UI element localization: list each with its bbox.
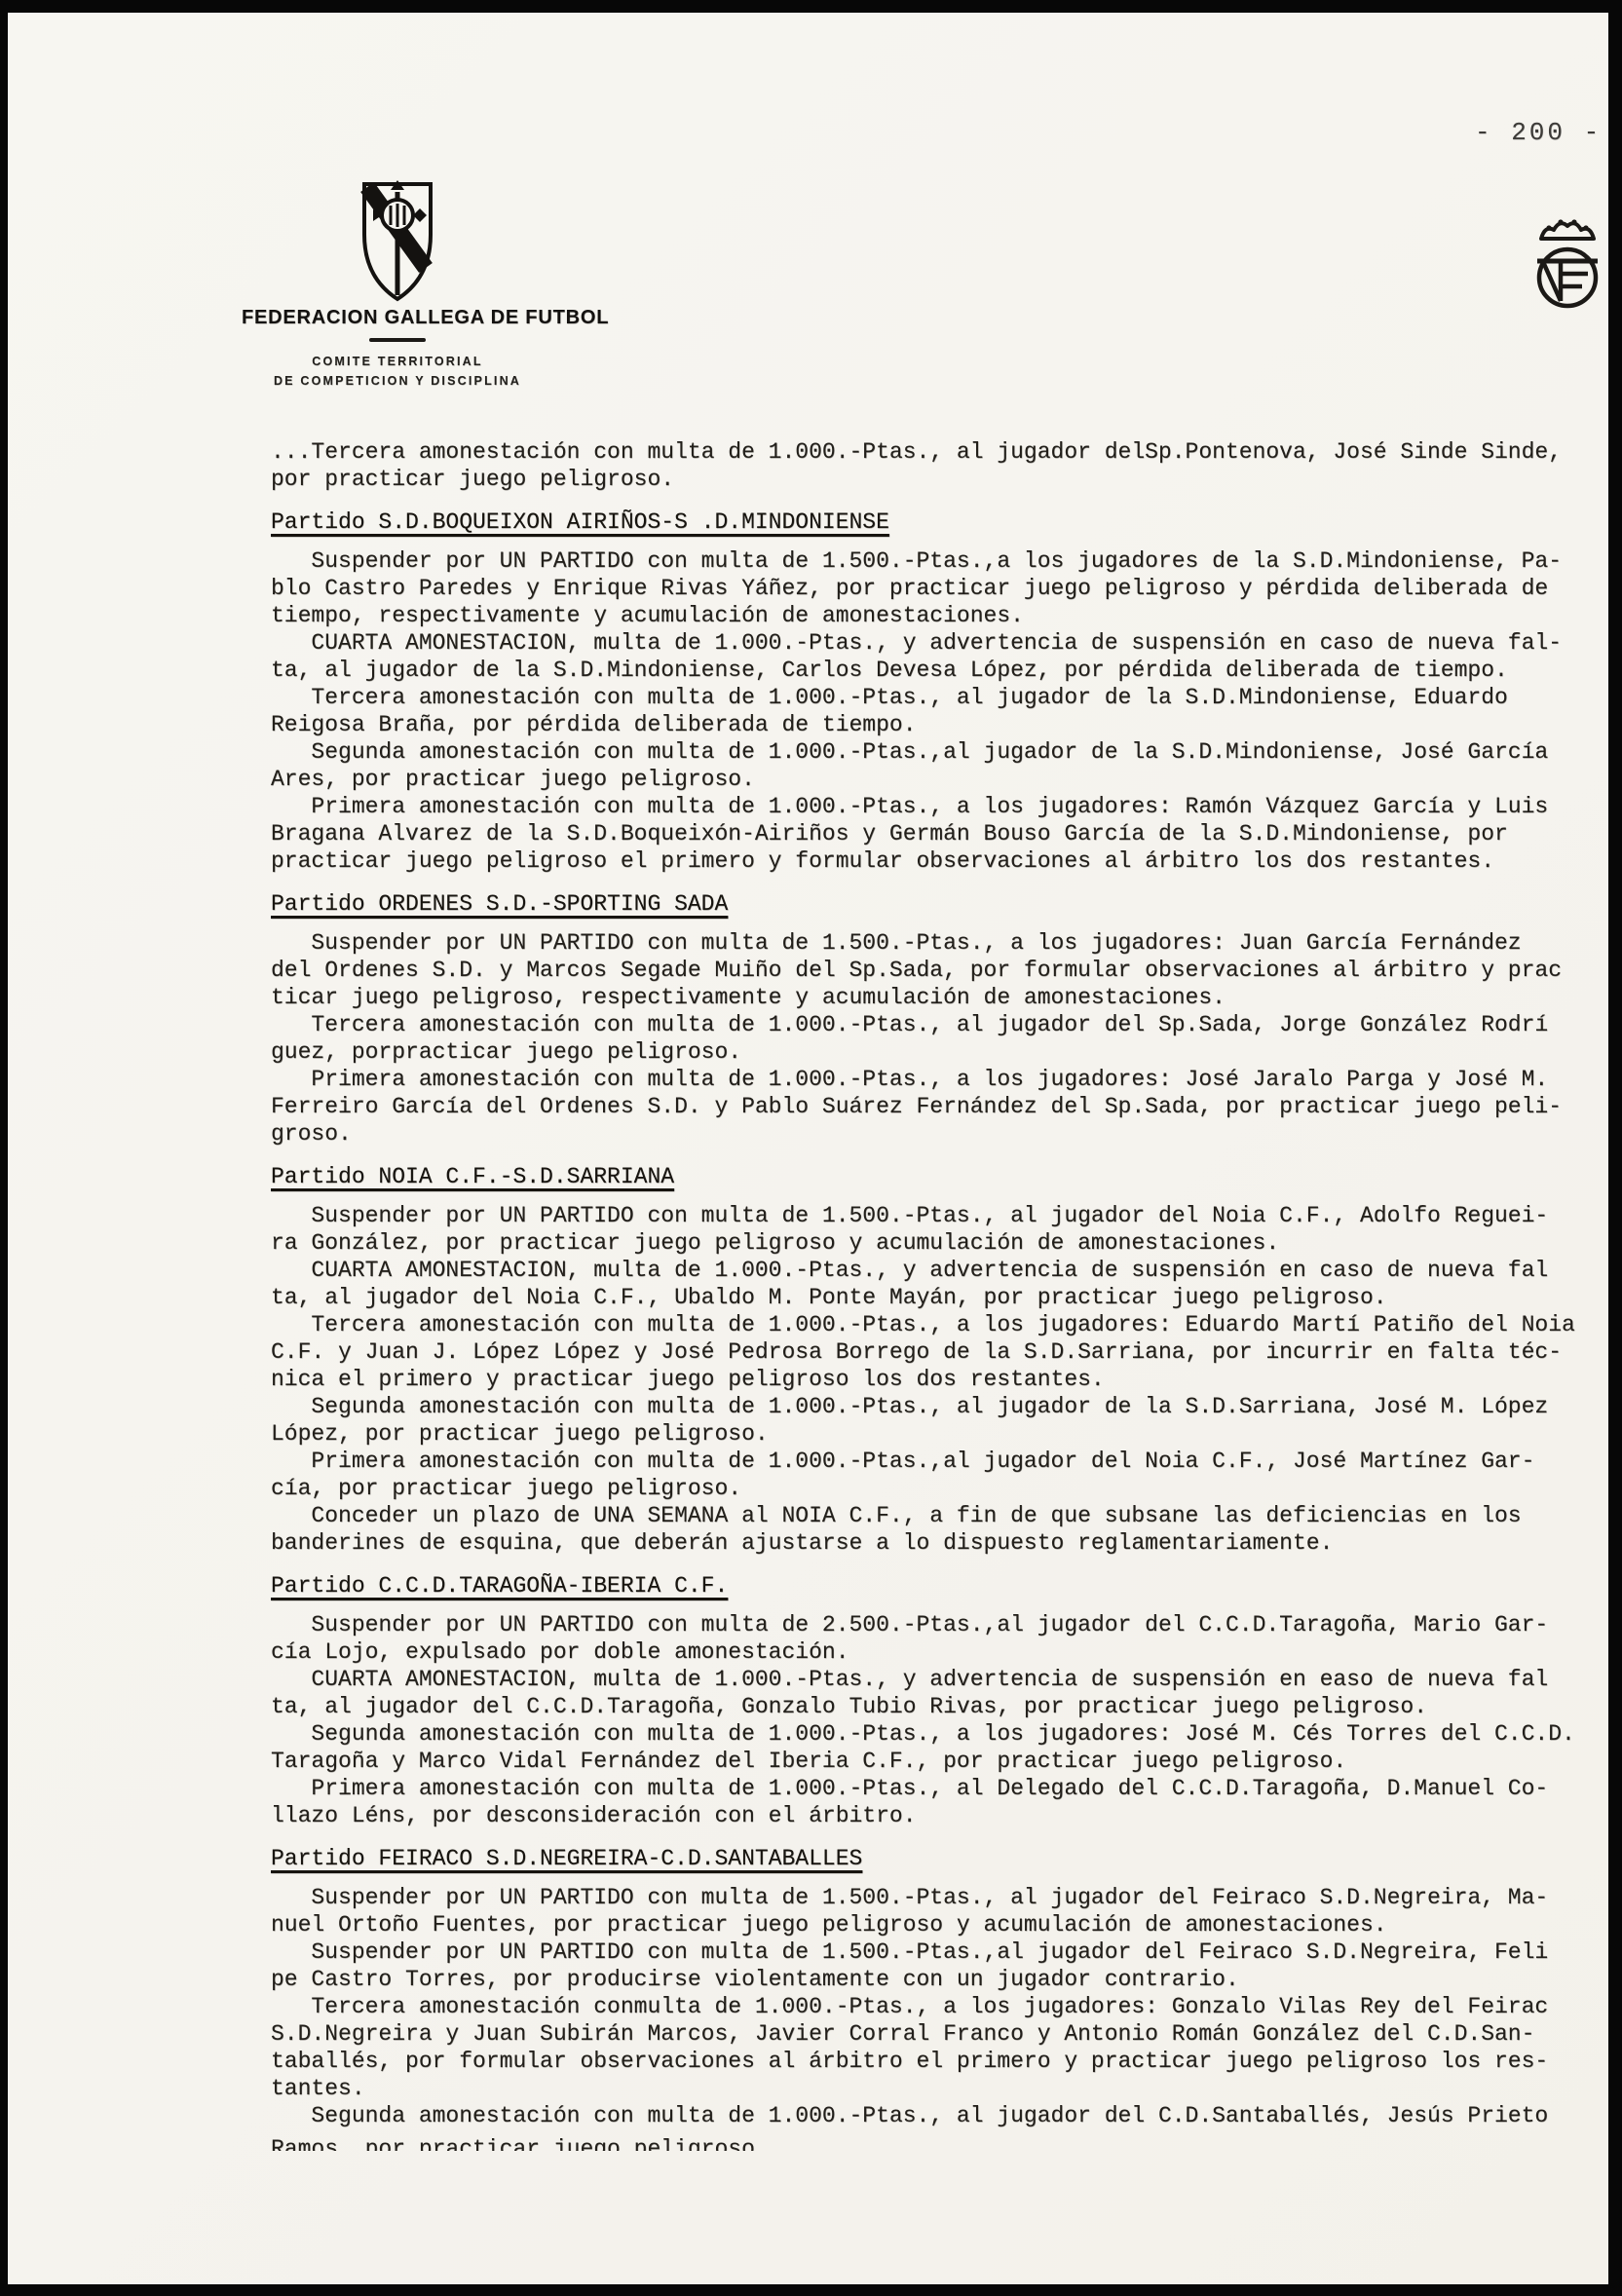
document-body: ...Tercera amonestación con multa de 1.0… [271, 438, 1596, 2151]
section-paragraph: Ramos, por practicar juego peligroso. [271, 2135, 1596, 2151]
scanned-page: FEDERACION GALLEGA DE FUTBOL COMITE TERR… [0, 0, 1622, 2296]
committee-line-2: DE COMPETICION Y DISCIPLINA [242, 371, 553, 391]
organization-name: FEDERACION GALLEGA DE FUTBOL [242, 307, 553, 329]
header-divider [369, 338, 426, 342]
match-heading-taragona-iberia: Partido C.C.D.TARAGOÑA-IBERIA C.F. [271, 1572, 728, 1600]
federation-header: FEDERACION GALLEGA DE FUTBOL COMITE TERR… [242, 178, 553, 391]
section-paragraph: Suspender por UN PARTIDO con multa de 1.… [271, 1202, 1596, 1557]
section-paragraph: Suspender por UN PARTIDO con multa de 1.… [271, 547, 1596, 875]
match-heading-noia-sarriana: Partido NOIA C.F.-S.D.SARRIANA [271, 1163, 674, 1190]
section-paragraph: Suspender por UN PARTIDO con multa de 2.… [271, 1611, 1596, 1829]
match-heading-ordenes-sada: Partido ORDENES S.D.-SPORTING SADA [271, 890, 728, 918]
document-page: FEDERACION GALLEGA DE FUTBOL COMITE TERR… [8, 13, 1608, 2284]
section-paragraph: Suspender por UN PARTIDO con multa de 1.… [271, 1884, 1596, 2129]
federation-shield-icon [358, 178, 437, 303]
intro-paragraph: ...Tercera amonestación con multa de 1.0… [271, 438, 1596, 493]
match-heading-boqueixon-mindoniense: Partido S.D.BOQUEIXON AIRIÑOS-S .D.MINDO… [271, 508, 889, 536]
section-paragraph: Suspender por UN PARTIDO con multa de 1.… [271, 929, 1596, 1148]
page-number: - 200 - [1475, 118, 1602, 147]
committee-line-1: COMITE TERRITORIAL [242, 352, 553, 371]
match-heading-negreira-santaballes: Partido FEIRACO S.D.NEGREIRA-C.D.SANTABA… [271, 1845, 862, 1872]
royal-crest-icon [1526, 215, 1608, 317]
clipped-last-line: Ramos, por practicar juego peligroso. [271, 2135, 1596, 2151]
